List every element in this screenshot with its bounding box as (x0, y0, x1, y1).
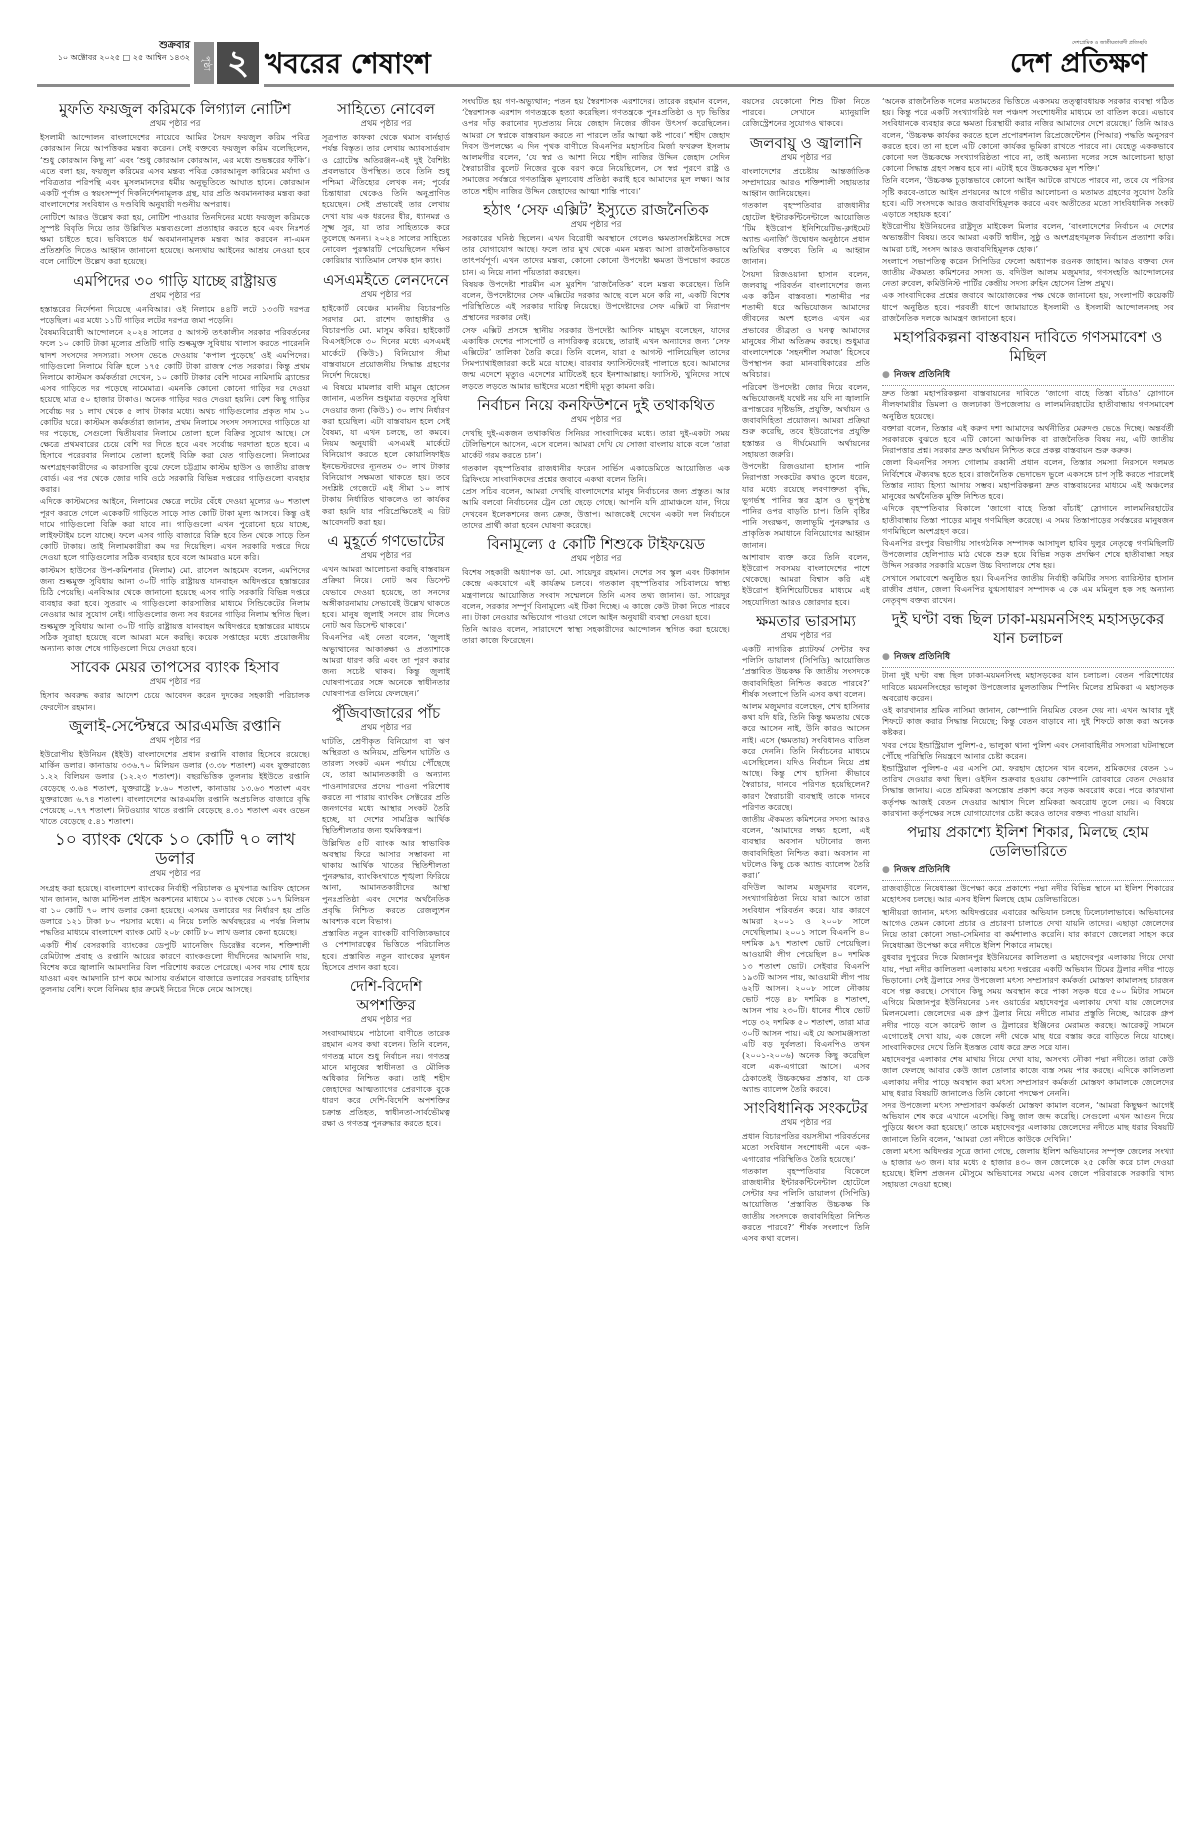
paragraph: এ বিষয়ে মামলার বাদী মামুন হোসেন জানান, … (322, 382, 450, 528)
paragraph: বিশেষ সহকারী অধ্যাপক ডা. মো. সায়েদুর রহ… (462, 567, 730, 623)
paragraph: সরকারের ঘনিষ্ঠ ছিলেন। এখন বিরোধী অবস্থান… (462, 233, 730, 278)
continued-label: প্রথম পৃষ্ঠার পর (40, 869, 310, 880)
paragraph: সূত্রপাত কাফকা থেকে থমাস বার্নহার্ড পর্য… (322, 132, 450, 266)
headline: জুলাই-সেপ্টেম্বরে আরএমজি রপ্তানি (40, 717, 310, 736)
paragraph: প্রেস সচিব বলেন, আমরা দেখছি বাংলাদেশের ম… (462, 486, 730, 531)
paragraph: স্থানীয়রা জানান, মৎস্য অধিদপ্তরের এবারে… (882, 907, 1174, 952)
paragraph: সদর উপজেলা মৎস্য সম্প্রসারণ কর্মকর্তা মো… (882, 1100, 1174, 1145)
article-climate: জলবায়ু ও জ্বালানি প্রথম পৃষ্ঠার পর বাংল… (742, 134, 870, 608)
article-tapas: সাবেক মেয়র তাপসের ব্যাংক হিসাব প্রথম পৃ… (40, 658, 310, 713)
article-foreign: দেশি-বিদেশি অপশক্তির প্রথম পৃষ্ঠার পর সং… (322, 977, 450, 1129)
newspaper-logo: দেশপ্রেমিক ও জাতীয়তাবাদী প্রতিচ্ছবি দেশ… (1010, 40, 1147, 80)
continued-label: প্রথম পৃষ্ঠার পর (40, 736, 310, 747)
paragraph: তিনি বলেন, ‘উচ্চকক্ষ চূড়ান্তভাবে কোনো আ… (882, 175, 1174, 220)
article-dollar: ১০ ব্যাংক থেকে ১০ কোটি ৭০ লাখ ডলার প্রথম… (40, 831, 310, 995)
column-5: ‘অনেক রাজনৈতিক দলের মতামতের ভিত্তিতে একস… (882, 96, 1174, 1836)
paragraph: তিনি আরও বলেন, সারাদেশে স্বাস্থ্য সহকারী… (462, 624, 730, 646)
headline: পুঁজিবাজারের পাঁচ (322, 704, 450, 723)
continued-label: প্রথম পৃষ্ঠার পর (40, 119, 310, 130)
paragraph: বুধবার দুপুরের দিকে মিজানপুর ইউনিয়নের ক… (882, 952, 1174, 1053)
byline: নিজস্ব প্রতিনিধি (882, 652, 1174, 668)
continued-label: প্রথম পৃষ্ঠার পর (322, 290, 450, 301)
paragraph: সংগ্রহ করা হয়েছে। বাংলাদেশ ব্যাংকের নির… (40, 883, 310, 939)
column-4: বয়সের যেকোনো শিশু টিকা নিতে পারবে। সেখা… (742, 96, 870, 1836)
paragraph: আলম মজুমদার বলেছেন, শেখ হাসিনার কথা যদি … (742, 701, 870, 813)
paragraph: ওই কারখানার শ্রমিক নাসিমা জানান, কোম্পান… (882, 705, 1174, 739)
paragraph: এখন আমরা আলোচনা করছি বাস্তবায়ন প্রক্রিয… (322, 564, 450, 631)
paragraph: উপদেষ্টা রিজওয়ানা হাসান পানি নিরাপত্তা … (742, 461, 870, 551)
paragraph: একটি শীর্ষ বেসরকারি ব্যাংকের ডেপুটি ম্যা… (40, 940, 310, 996)
headline: দুই ঘণ্টা বন্ধ ছিল ঢাকা-ময়মনসিংহ মহাসড়… (882, 610, 1174, 648)
paragraph: বিএনপির রংপুর বিভাগীয় সাংগঠনিক সম্পাদক … (882, 538, 1174, 572)
article-typhoid: বিনামূল্যে ৫ কোটি শিশুকে টাইফয়েড প্রথম … (462, 535, 730, 647)
headline: নির্বাচন নিয়ে কনফিউশনে দুই তথাকথিত (462, 396, 730, 415)
paragraph: টানা দুই ঘণ্টা বন্ধ ছিল ঢাকা-ময়মনসিংহ ম… (882, 670, 1174, 704)
article-hilsa: পদ্মায় প্রকাশ্যে ইলিশ শিকার, মিলছে হোম … (882, 823, 1174, 1191)
continued-label: প্রথম পৃষ্ঠার পর (742, 631, 870, 642)
article-highway: দুই ঘণ্টা বন্ধ ছিল ঢাকা-ময়মনসিংহ মহাসড়… (882, 610, 1174, 819)
paragraph: গতকাল বৃহস্পতিবার রাজধানীর হোটেল ইন্টারক… (742, 200, 870, 267)
paragraph: সংঘটিত হয় গণ-অভ্যুত্থান; পতন হয় স্বৈরশ… (462, 96, 730, 197)
article-mufti: মুফতি ফয়জুল করিমকে লিগ্যাল নোটিশ প্রথম … (40, 100, 310, 268)
paragraph: সেফ এক্সিট প্রসঙ্গে স্থানীয় সরকার উপদেষ… (462, 325, 730, 392)
continued-label: প্রথম পৃষ্ঠার পর (462, 554, 730, 565)
headline: এসএমইতে লেনদেনে (322, 271, 450, 290)
paragraph: রাজবাড়ীতে নিষেধাজ্ঞা উপেক্ষা করে প্রকাশ… (882, 883, 1174, 905)
header-rule-left (37, 84, 190, 87)
paragraph: জেলা মৎস্য অধিদপ্তর সূত্রে জানা গেছে, জে… (882, 1146, 1174, 1191)
headline: মহাপরিকল্পনা বাস্তবায়ন দাবিতে গণসমাবেশ … (882, 328, 1174, 366)
paragraph: দ্রুত তিস্তা মহাপরিকল্পনা বাস্তবায়নের দ… (882, 388, 1174, 422)
paragraph: হস্তান্তরের নির্দেশনা দিয়েছে এনবিআর। ওই… (40, 304, 310, 326)
paragraph: হাইকোর্ট বেঞ্চের মাননীয় বিচারপতি সরদার … (322, 303, 450, 381)
page-number: ২ (217, 42, 259, 84)
paragraph: জাতীয় ঐকমত্য কমিশনের সদস্য আরও বলেন, ‘আ… (742, 814, 870, 881)
article-safe-exit: হঠাৎ ‘সেফ এক্সিট’ ইস্যুতে রাজনৈতিক প্রথম… (462, 201, 730, 392)
paragraph: বিএনপির এই নেতা বলেন, ‘জুলাই অভ্যুত্থানে… (322, 632, 450, 699)
continued-label: প্রথম পৃষ্ঠার পর (742, 153, 870, 164)
logo-tagline: দেশপ্রেমিক ও জাতীয়তাবাদী প্রতিচ্ছবি (1010, 40, 1147, 48)
column-3: সংঘটিত হয় গণ-অভ্যুত্থান; পতন হয় স্বৈরশ… (462, 96, 730, 1836)
paragraph: গতকাল বৃহস্পতিবার রাজধানীর ফরেন সার্ভিস … (462, 463, 730, 485)
issue-date: শুক্রবার ১০ অক্টোবর ২০২৫ □ ২৫ আশ্বিন ১৪৩… (40, 40, 190, 64)
article-constitutional: সাংবিধানিক সংকটের প্রথম পৃষ্ঠার পর প্রধা… (742, 1099, 870, 1244)
paragraph: সংলাপে সভাপতিত্ব করেন সিপিডির ফেলো অধ্যা… (882, 256, 1174, 290)
article-upper-house: ‘অনেক রাজনৈতিক দলের মতামতের ভিত্তিতে একস… (882, 96, 1174, 324)
paragraph: বৈষম্যবিরোধী আন্দোলনে ২০২৪ সালের ৫ আগস্ট… (40, 327, 310, 495)
headline: মুফতি ফয়জুল করিমকে লিগ্যাল নোটিশ (40, 100, 310, 119)
headline: দেশি-বিদেশি অপশক্তির (322, 977, 450, 1015)
paragraph: এদিকে কাস্টমসের আইনে, নিলামের ক্ষেত্রে ল… (40, 496, 310, 563)
headline: এ মুহূর্তে গণভোটের (322, 532, 450, 551)
byline: নিজস্ব প্রতিনিধি (882, 370, 1174, 386)
issue-day: শুক্রবার (40, 40, 190, 52)
paragraph: ঘাটতি, শ্রেণীকৃত বিনিয়োগ বা ঋণ অস্থিরতা… (322, 736, 450, 837)
article-power-balance: ক্ষমতার ভারসাম্য প্রথম পৃষ্ঠার পর একটি ন… (742, 612, 870, 1095)
continued-label: প্রথম পৃষ্ঠার পর (742, 1118, 870, 1129)
headline: সাহিত্যে নোবেল (322, 100, 450, 119)
paragraph: ইন্ডাস্ট্রিয়াল পুলিশ-৫ এর এসপি মো. ফরহা… (882, 763, 1174, 819)
paragraph: সংবাদমাধ্যমে পাঠানো বাণীতে তারেক রহমান এ… (322, 1028, 450, 1129)
paragraph: সৈয়দা রিজওয়ানা হাসান বলেন, জলবায়ু পরি… (742, 269, 870, 381)
headline: সাবেক মেয়র তাপসের ব্যাংক হিসাব (40, 658, 310, 677)
logo-name: দেশ প্রতিক্ষণ (1010, 48, 1147, 80)
article-mp-cars: এমপিদের ৩০ গাড়ি যাচ্ছে রাষ্ট্রায়ত্ত প্… (40, 272, 310, 655)
continued-label: প্রথম পৃষ্ঠার পর (322, 1015, 450, 1026)
paragraph: দেখছি দুই-একজন তথাকথিত সিনিয়র সাংবাদিকে… (462, 428, 730, 462)
article-teesta: মহাপরিকল্পনা বাস্তবায়ন দাবিতে গণসমাবেশ … (882, 328, 1174, 606)
continued-label: প্রথম পৃষ্ঠার পর (40, 677, 310, 688)
paragraph: ইউরোপীয় ইউনিয়ন (ইইউ) বাংলাদেশের প্রধান… (40, 749, 310, 827)
article-confusion: নির্বাচন নিয়ে কনফিউশনে দুই তথাকথিত প্রথ… (462, 396, 730, 531)
paragraph: এদিকে বৃহস্পতিবার বিকালে ‘জাগো বাহে তিস্… (882, 503, 1174, 537)
article-capital: পুঁজিবাজারের পাঁচ প্রথম পৃষ্ঠার পর ঘাটতি… (322, 704, 450, 973)
headline: সাংবিধানিক সংকটের (742, 1099, 870, 1118)
paragraph: ইসলামী আন্দোলন বাংলাদেশের নায়েবে আমির স… (40, 132, 310, 210)
column-1: মুফতি ফয়জুল করিমকে লিগ্যাল নোটিশ প্রথম … (40, 96, 310, 1836)
section-title: খবরের শেষাংশ (265, 42, 431, 89)
headline: এমপিদের ৩০ গাড়ি যাচ্ছে রাষ্ট্রায়ত্ত (40, 272, 310, 291)
paragraph: হিসাব অবরুদ্ধ করার আদেশ চেয়ে আবেদন করেন… (40, 690, 310, 712)
continued-label: প্রথম পৃষ্ঠার পর (322, 119, 450, 130)
headline: হঠাৎ ‘সেফ এক্সিট’ ইস্যুতে রাজনৈতিক (462, 201, 730, 220)
paragraph: একটি নাগরিক প্ল্যাটফর্ম সেন্টার ফর পলিসি… (742, 644, 870, 700)
paragraph: প্রস্তাবিত নতুন ব্যাংকটি বাণিজ্যিকভাবে ও… (322, 928, 450, 973)
paragraph: কাস্টমস হাউসের উপ-কমিশনার (নিলাম) মো. রা… (40, 565, 310, 655)
paragraph: উল্লিখিত ৫টি ব্যাংক আর স্বাভাবিক অবস্থায… (322, 838, 450, 928)
column-2: সাহিত্যে নোবেল প্রথম পৃষ্ঠার পর সূত্রপাত… (322, 96, 450, 1836)
continued-label: প্রথম পৃষ্ঠার পর (462, 220, 730, 231)
paragraph: মহাদেবপুর এলাকার শেষ মাথায় গিয়ে দেখা য… (882, 1054, 1174, 1099)
continued-label: প্রথম পৃষ্ঠার পর (462, 415, 730, 426)
article-nobel: সাহিত্যে নোবেল প্রথম পৃষ্ঠার পর সূত্রপাত… (322, 100, 450, 267)
paragraph: জেলা বিএনপির সদস্য গোলাম রব্বানী প্রধান … (882, 457, 1174, 502)
paragraph: খবর পেয়ে ইন্ডাস্ট্রিয়াল পুলিশ-৫, ভালুক… (882, 740, 1174, 762)
article-vote: এ মুহূর্তে গণভোটের প্রথম পৃষ্ঠার পর এখন … (322, 532, 450, 700)
paragraph: বদিউল আলম মজুমদার বলেন, সংখ্যাগরিষ্ঠতা ন… (742, 882, 870, 1095)
paragraph: সেখানে সমাবেশে অনুষ্ঠিত হয়। বিএনপির জাত… (882, 573, 1174, 607)
paragraph: বক্তারা বলেন, তিস্তার এই করুণ দশা আমাদের… (882, 423, 1174, 457)
byline: নিজস্ব প্রতিনিধি (882, 865, 1174, 881)
continued-label: প্রথম পৃষ্ঠার পর (322, 551, 450, 562)
page-label: পৃষ্ঠা (194, 42, 214, 84)
article-sme: এসএমইতে লেনদেনে প্রথম পৃষ্ঠার পর হাইকোর্… (322, 271, 450, 528)
headline: ক্ষমতার ভারসাম্য (742, 612, 870, 631)
paragraph: নোটিশে আরও উল্লেখ করা হয়, নোটিশ পাওয়ার… (40, 212, 310, 268)
headline: জলবায়ু ও জ্বালানি (742, 134, 870, 153)
paragraph: বাংলাদেশের প্রচেষ্টায় আন্তর্জাতিক সম্প্… (742, 166, 870, 200)
masthead: শুক্রবার ১০ অক্টোবর ২০২৫ □ ২৫ আশ্বিন ১৪৩… (0, 0, 1200, 78)
paragraph: পরিবেশ উপদেষ্টা জোর দিয়ে বলেন, অভিযোজনই… (742, 382, 870, 460)
paragraph: আশাবাদ ব্যক্ত করে তিনি বলেন, ইউরোপ সবসময… (742, 552, 870, 608)
paragraph: এক সাংবাদিকের প্রশ্নের জবাবে আয়োজকের পক… (882, 290, 1174, 324)
paragraph: ‘অনেক রাজনৈতিক দলের মতামতের ভিত্তিতে একস… (882, 96, 1174, 174)
header-rule-right (264, 84, 1174, 87)
paragraph: প্রধান বিচারপতির বয়সসীমা পরিবর্তনের মতো… (742, 1131, 870, 1165)
headline: বিনামূল্যে ৫ কোটি শিশুকে টাইফয়েড (462, 535, 730, 554)
paragraph: বয়সের যেকোনো শিশু টিকা নিতে পারবে। সেখা… (742, 96, 870, 130)
headline: ১০ ব্যাংক থেকে ১০ কোটি ৭০ লাখ ডলার (40, 831, 310, 869)
headline: পদ্মায় প্রকাশ্যে ইলিশ শিকার, মিলছে হোম … (882, 823, 1174, 861)
issue-date-text: ১০ অক্টোবর ২০২৫ □ ২৫ আশ্বিন ১৪৩২ (40, 52, 190, 64)
article-rmg: জুলাই-সেপ্টেম্বরে আরএমজি রপ্তানি প্রথম প… (40, 717, 310, 828)
paragraph: ইউরোপীয় ইউনিয়নের রাষ্ট্রদূত মাইকেল মিল… (882, 221, 1174, 255)
continued-label: প্রথম পৃষ্ঠার পর (40, 291, 310, 302)
paragraph: গতকাল বৃহস্পতিবার বিকেলে রাজধানীর ইন্টার… (742, 1166, 870, 1244)
paragraph: বিষয়ক উপদেষ্টা শারমীন এস মুরশিদ ‘রাজনৈত… (462, 279, 730, 324)
continued-label: প্রথম পৃষ্ঠার পর (322, 723, 450, 734)
